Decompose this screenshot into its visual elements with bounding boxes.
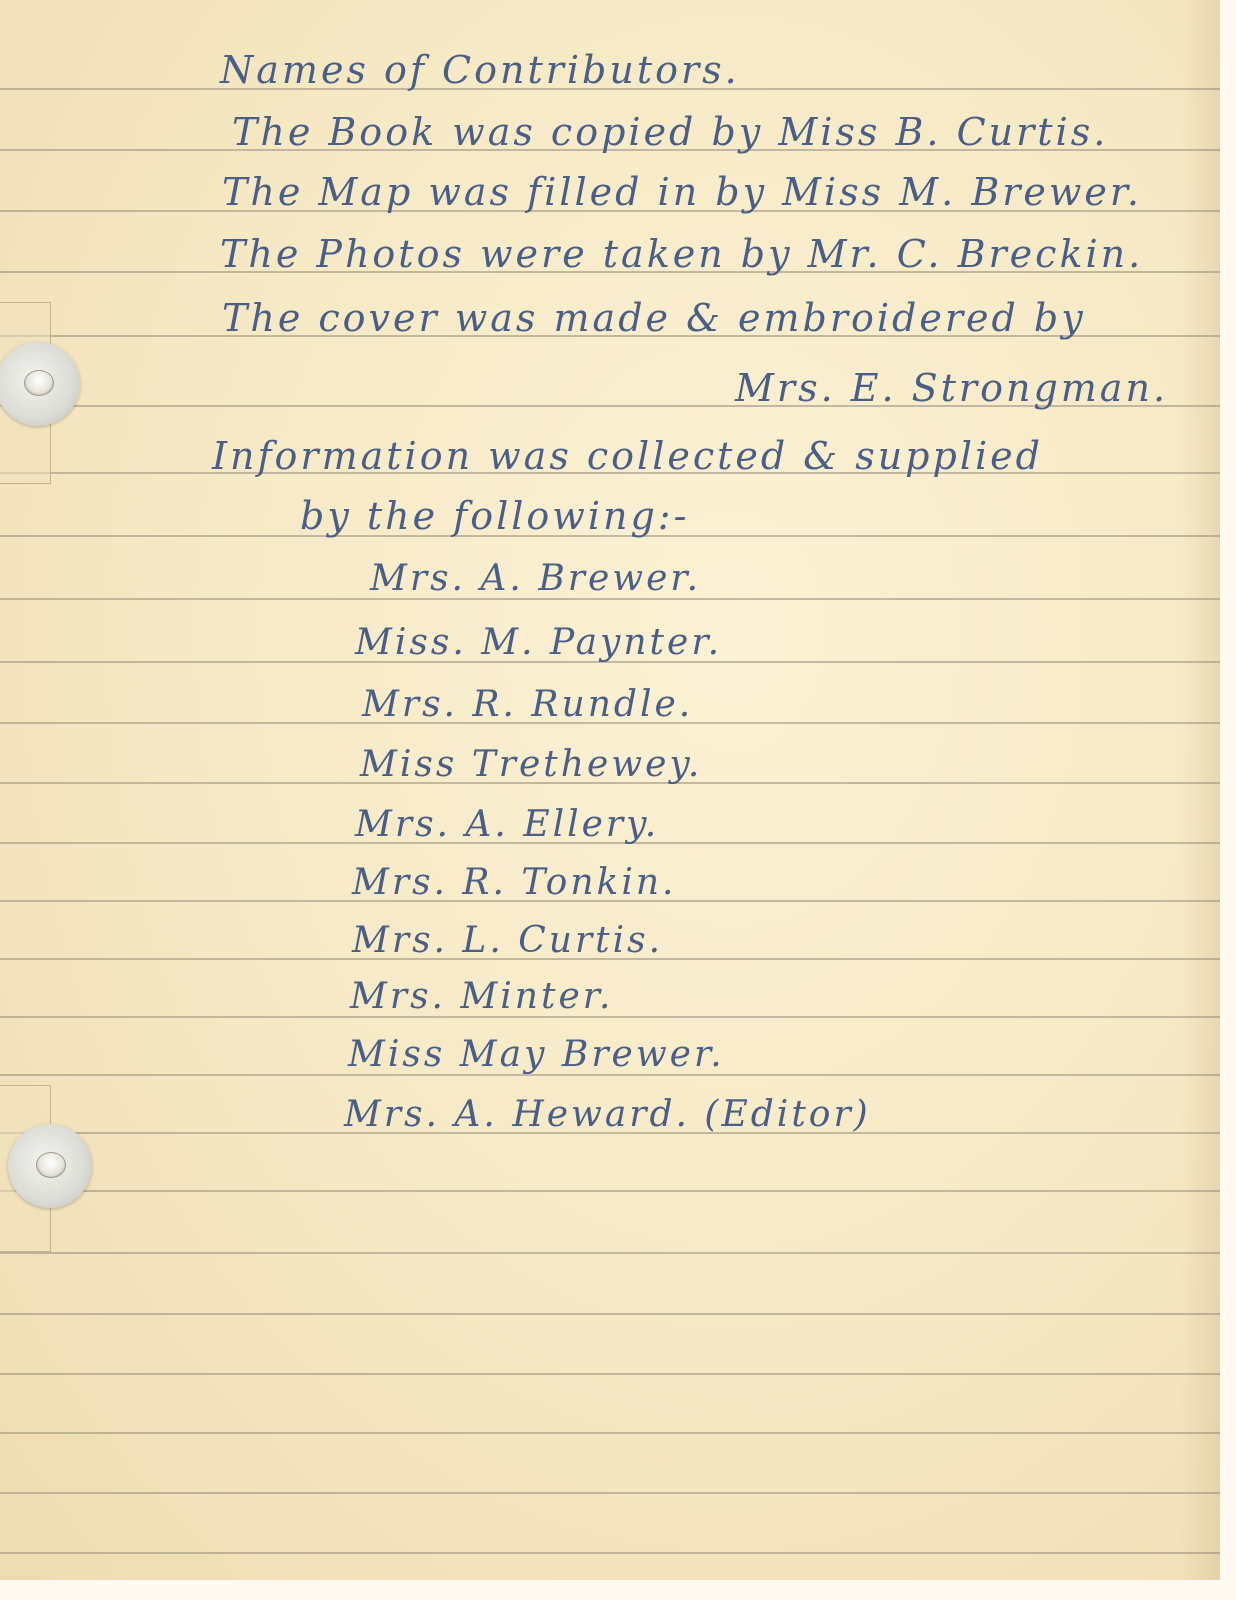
binding-hole xyxy=(24,370,54,396)
grommet-icon xyxy=(0,342,80,426)
informant-item: Mrs. A. Ellery. xyxy=(355,804,659,845)
grommet-icon xyxy=(8,1124,92,1208)
informant-item: Mrs. Minter. xyxy=(350,976,613,1017)
ruled-line xyxy=(0,1552,1220,1554)
notebook-page: Names of Contributors. The Book was copi… xyxy=(0,0,1220,1580)
ruled-line xyxy=(0,1432,1220,1434)
ruled-line xyxy=(0,1313,1220,1315)
credit-photos: The Photos were taken by Mr. C. Breckin. xyxy=(220,232,1143,276)
informant-item: Mrs. R. Tonkin. xyxy=(352,862,676,903)
informant-item: Mrs. L. Curtis. xyxy=(352,920,663,961)
informant-item: Miss May Brewer. xyxy=(348,1034,725,1075)
ruled-line xyxy=(0,1492,1220,1494)
credit-cover-name: Mrs. E. Strongman. xyxy=(735,366,1168,410)
ruled-line xyxy=(0,1190,1220,1192)
informant-item: Miss Trethewey. xyxy=(360,744,702,785)
binding-hole xyxy=(36,1152,66,1178)
informant-item-editor: Mrs. A. Heward. (Editor) xyxy=(344,1094,871,1135)
ruled-line xyxy=(0,1373,1220,1375)
info-intro: Information was collected & supplied xyxy=(212,434,1043,478)
informant-item: Mrs. R. Rundle. xyxy=(362,684,693,725)
credit-map: The Map was filled in by Miss M. Brewer. xyxy=(222,170,1142,214)
credit-cover: The cover was made & embroidered by xyxy=(222,296,1086,340)
page-heading: Names of Contributors. xyxy=(220,48,740,92)
info-intro-cont: by the following:- xyxy=(300,494,689,538)
credit-book: The Book was copied by Miss B. Curtis. xyxy=(232,110,1108,154)
informant-item: Mrs. A. Brewer. xyxy=(370,558,701,599)
ruled-line xyxy=(0,1252,1220,1254)
informant-item: Miss. M. Paynter. xyxy=(355,622,722,663)
